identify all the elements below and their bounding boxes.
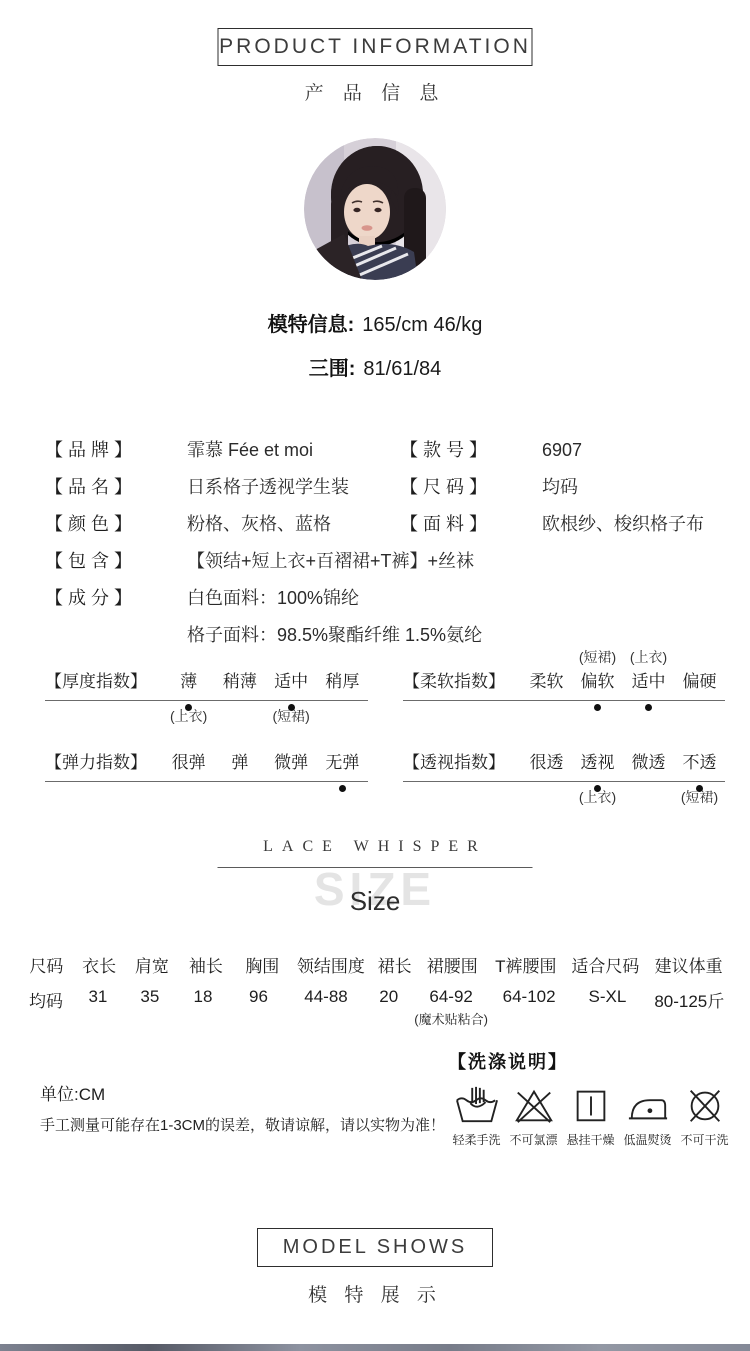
index-scales: 【厚度指数】 薄 稍薄 适中 稍厚 (上衣) (短裙) bbox=[45, 645, 725, 809]
table-value-cell: 80-125斤 bbox=[647, 987, 732, 1012]
attr-row-composition: 【 成 分 】 白色面料：100%锦纶 bbox=[45, 586, 730, 610]
product-name-pair: 【 品 名 】 日系格子透视学生装 bbox=[45, 475, 400, 499]
model-bust-value: 81/61/84 bbox=[363, 358, 441, 380]
scale-dot bbox=[594, 704, 601, 711]
scale-dot bbox=[339, 785, 346, 792]
size-label: 【 尺 码 】 bbox=[400, 475, 542, 499]
size-subtitle: Size bbox=[0, 886, 750, 917]
attr-row-composition-2: 格子面料：98.5%聚酯纤维 1.5%氨纶 bbox=[45, 623, 730, 647]
style-no-label: 【 款 号 】 bbox=[400, 438, 542, 462]
scale-transparency-options: 【透视指数】 很透 透视 微透 不透 bbox=[403, 748, 725, 773]
attributes-section: 【 品 牌 】 霏慕 Fée et moi 【 款 号 】 6907 【 品 名… bbox=[45, 438, 730, 660]
fabric-label: 【 面 料 】 bbox=[400, 512, 542, 536]
color-value: 粉格、灰格、蓝格 bbox=[187, 512, 331, 536]
model-photo bbox=[304, 138, 446, 280]
footer-title-zh: 模 特 展 示 bbox=[0, 1280, 750, 1307]
composition-value-2: 格子面料：98.5%聚酯纤维 1.5%氨纶 bbox=[187, 623, 482, 647]
washing-item-label: 悬挂干燥 bbox=[562, 1131, 619, 1148]
product-info-page: PRODUCT INFORMATION 产 品 信 息 bbox=[0, 0, 750, 1351]
composition-label: 【 成 分 】 bbox=[45, 586, 187, 610]
scale-dot bbox=[288, 704, 295, 711]
washing-item: 悬挂干燥 bbox=[562, 1084, 619, 1148]
scale-transparency-title: 【透视指数】 bbox=[403, 748, 521, 773]
washing-item-label: 轻柔手洗 bbox=[448, 1131, 505, 1148]
next-photo-strip bbox=[0, 1344, 750, 1351]
table-header-cell: T裤腰围 bbox=[486, 952, 566, 977]
washing-title: 【洗涤说明】 bbox=[448, 1048, 733, 1074]
table-value-cell: 均码 bbox=[20, 987, 72, 1012]
fabric-pair: 【 面 料 】 欧根纱、梭织格子布 bbox=[400, 512, 704, 536]
fabric-value: 欧根纱、梭织格子布 bbox=[542, 512, 704, 536]
brand-value: 霏慕 Fée et moi bbox=[187, 438, 313, 462]
table-header-cell: 领结围度 bbox=[291, 952, 371, 977]
table-value-cell: 96 bbox=[230, 987, 287, 1007]
scale-softness-title: 【柔软指数】 bbox=[403, 667, 521, 692]
model-photo-illustration bbox=[304, 138, 446, 280]
hand-wash-icon bbox=[454, 1084, 500, 1126]
measurement-notes: 单位:CM 手工测量可能存在1-3CM的误差，敬请谅解，请以实物为准！ bbox=[40, 1080, 445, 1135]
table-header-cell: 肩宽 bbox=[126, 952, 179, 977]
attr-row-color-fabric: 【 颜 色 】 粉格、灰格、蓝格 【 面 料 】 欧根纱、梭织格子布 bbox=[45, 512, 730, 536]
size-value: 均码 bbox=[542, 475, 578, 499]
table-value-cell: 31 bbox=[72, 987, 124, 1007]
model-shows-box: MODEL SHOWS bbox=[257, 1228, 493, 1267]
model-bust-line: 三围:81/61/84 bbox=[0, 352, 750, 381]
scale-elasticity-title: 【弹力指数】 bbox=[45, 748, 163, 773]
measurement-disclaimer: 手工测量可能存在1-3CM的误差，敬请谅解，请以实物为准！ bbox=[40, 1114, 445, 1135]
table-header-cell: 适合尺码 bbox=[566, 952, 646, 977]
table-header-cell: 胸围 bbox=[234, 952, 292, 977]
scale-transparency-line bbox=[403, 777, 725, 787]
scale-dot bbox=[696, 785, 703, 792]
washing-item-label: 不可氯漂 bbox=[505, 1131, 562, 1148]
washing-item: 轻柔手洗 bbox=[448, 1084, 505, 1148]
scale-thickness-line bbox=[45, 696, 368, 706]
scale-elasticity-line bbox=[45, 777, 368, 787]
size-heading: SIZE Size bbox=[0, 860, 750, 924]
composition-value-1: 白色面料：100%锦纶 bbox=[187, 586, 359, 610]
table-header-cell: 衣长 bbox=[73, 952, 126, 977]
model-bust-label: 三围: bbox=[309, 358, 356, 380]
includes-label: 【 包 含 】 bbox=[45, 549, 187, 573]
scale-transparency-sublabels: (上衣) (短裙) bbox=[403, 787, 725, 809]
washing-item: 低温熨烫 bbox=[619, 1084, 676, 1148]
color-label: 【 颜 色 】 bbox=[45, 512, 187, 536]
scale-thickness-title: 【厚度指数】 bbox=[45, 667, 163, 692]
table-value-cell: 20 bbox=[365, 987, 412, 1007]
table-header-cell: 尺码 bbox=[20, 952, 73, 977]
table-header-cell: 袖长 bbox=[178, 952, 233, 977]
table-value-cell-with-note: 64-92 (魔术贴粘合) bbox=[412, 987, 490, 1028]
header-title-en: PRODUCT INFORMATION bbox=[219, 35, 531, 59]
washing-item: 不可氯漂 bbox=[505, 1084, 562, 1148]
brand-pair: 【 品 牌 】 霏慕 Fée et moi bbox=[45, 438, 400, 462]
attr-row-includes: 【 包 含 】 【领结+短上衣+百褶裙+T裤】+丝袜 bbox=[45, 549, 730, 573]
size-table-value-row: 均码 31 35 18 96 44-88 20 64-92 (魔术贴粘合) 64… bbox=[20, 987, 732, 1028]
washing-item-label: 低温熨烫 bbox=[619, 1131, 676, 1148]
scale-dot bbox=[594, 785, 601, 792]
table-header-cell: 建议体重 bbox=[645, 952, 732, 977]
scale-softness-top-notes: (短裙) (上衣) bbox=[403, 645, 725, 667]
scale-elasticity-options: 【弹力指数】 很弹 弹 微弹 无弹 bbox=[45, 748, 368, 773]
scale-thickness-options: 【厚度指数】 薄 稍薄 适中 稍厚 bbox=[45, 667, 368, 692]
table-value-cell: 64-92 bbox=[429, 987, 472, 1006]
size-table: 尺码 衣长 肩宽 袖长 胸围 领结围度 裙长 裙腰围 T裤腰围 适合尺码 建议体… bbox=[20, 952, 732, 1028]
scale-softness-sublabels bbox=[403, 706, 725, 728]
scale-thickness: 【厚度指数】 薄 稍薄 适中 稍厚 (上衣) (短裙) bbox=[45, 645, 368, 728]
table-value-cell: S-XL bbox=[568, 987, 646, 1007]
hang-dry-icon bbox=[568, 1084, 614, 1126]
product-name-value: 日系格子透视学生装 bbox=[187, 475, 349, 499]
washing-item-label: 不可干洗 bbox=[676, 1131, 733, 1148]
table-value-cell: 18 bbox=[176, 987, 230, 1007]
scale-thickness-top-notes bbox=[45, 645, 368, 667]
scale-softness: (短裙) (上衣) 【柔软指数】 柔软 偏软 适中 偏硬 bbox=[403, 645, 725, 728]
table-value-cell: 44-88 bbox=[287, 987, 365, 1007]
scale-thickness-sublabels: (上衣) (短裙) bbox=[45, 706, 368, 728]
size-table-header-row: 尺码 衣长 肩宽 袖长 胸围 领结围度 裙长 裙腰围 T裤腰围 适合尺码 建议体… bbox=[20, 952, 732, 977]
style-no-value: 6907 bbox=[542, 438, 582, 462]
header-title-zh: 产 品 信 息 bbox=[0, 78, 750, 105]
low-iron-icon bbox=[625, 1084, 671, 1126]
includes-value: 【领结+短上衣+百褶裙+T裤】+丝袜 bbox=[187, 549, 474, 573]
scale-softness-options: 【柔软指数】 柔软 偏软 适中 偏硬 bbox=[403, 667, 725, 692]
scale-dot bbox=[645, 704, 652, 711]
washing-item: 不可干洗 bbox=[676, 1084, 733, 1148]
header-box: PRODUCT INFORMATION bbox=[218, 28, 533, 66]
model-info-line: 模特信息:165/cm 46/kg bbox=[0, 308, 750, 337]
attr-row-name-size: 【 品 名 】 日系格子透视学生装 【 尺 码 】 均码 bbox=[45, 475, 730, 499]
no-dry-clean-icon bbox=[682, 1084, 728, 1126]
brand-label: 【 品 牌 】 bbox=[45, 438, 187, 462]
no-bleach-icon bbox=[511, 1084, 557, 1126]
table-header-cell: 裙腰围 bbox=[419, 952, 486, 977]
model-info-value: 165/cm 46/kg bbox=[362, 314, 482, 336]
size-pair: 【 尺 码 】 均码 bbox=[400, 475, 578, 499]
model-info-label: 模特信息: bbox=[268, 314, 355, 336]
model-measurements: 模特信息:165/cm 46/kg 三围:81/61/84 bbox=[0, 308, 750, 396]
table-value-cell: 64-102 bbox=[490, 987, 568, 1007]
style-no-pair: 【 款 号 】 6907 bbox=[400, 438, 582, 462]
scale-elasticity: 【弹力指数】 很弹 弹 微弹 无弹 bbox=[45, 748, 368, 809]
table-value-cell: 35 bbox=[124, 987, 176, 1007]
footer-title-en: MODEL SHOWS bbox=[283, 1236, 468, 1259]
table-note: (魔术贴粘合) bbox=[414, 1009, 488, 1028]
attr-row-brand-styleno: 【 品 牌 】 霏慕 Fée et moi 【 款 号 】 6907 bbox=[45, 438, 730, 462]
scale-transparency: 【透视指数】 很透 透视 微透 不透 (上衣) (短裙) bbox=[403, 748, 725, 809]
washing-icons-row: 轻柔手洗 不可氯漂 悬挂干燥 bbox=[448, 1084, 733, 1148]
scale-softness-line bbox=[403, 696, 725, 706]
table-header-cell: 裙长 bbox=[371, 952, 419, 977]
washing-instructions: 【洗涤说明】 轻柔手洗 不可氯漂 bbox=[448, 1048, 733, 1148]
color-pair: 【 颜 色 】 粉格、灰格、蓝格 bbox=[45, 512, 400, 536]
unit-label: 单位:CM bbox=[40, 1080, 445, 1105]
product-name-label: 【 品 名 】 bbox=[45, 475, 187, 499]
